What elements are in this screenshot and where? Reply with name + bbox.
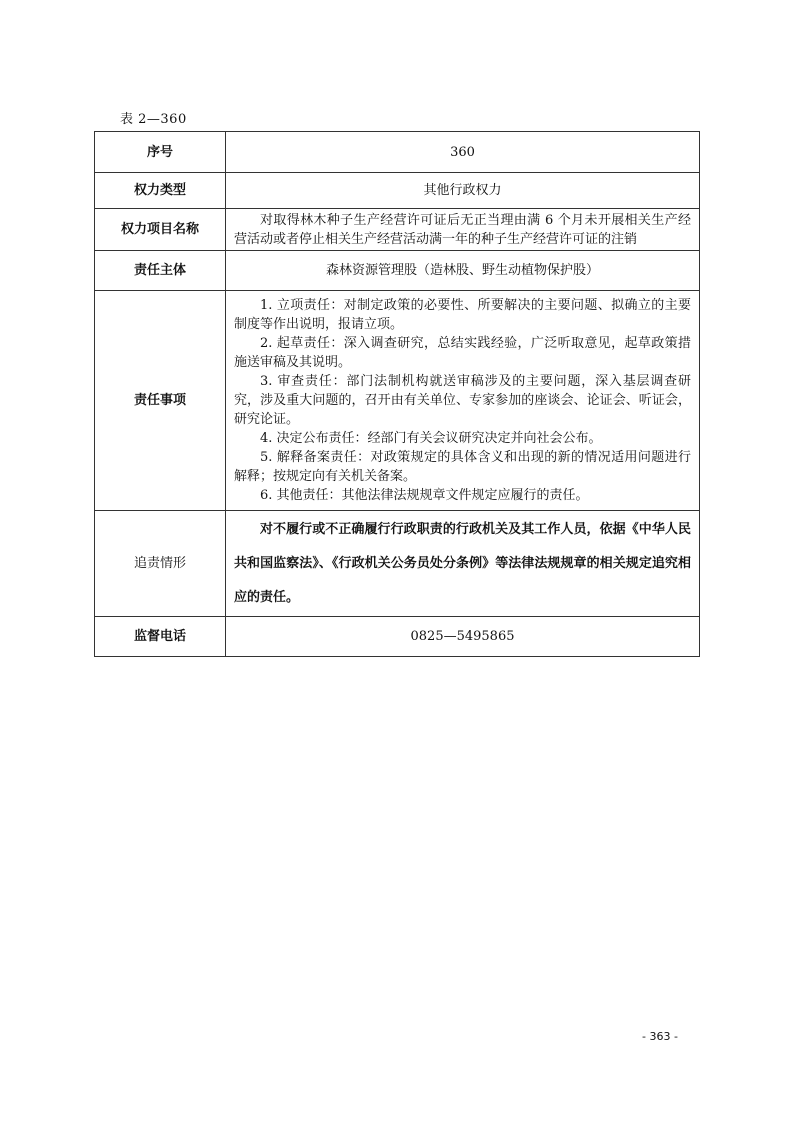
list-item: 4. 决定公布责任：经部门有关会议研究决定并向社会公布。 bbox=[234, 429, 691, 448]
power-item-name: 对取得林木种子生产经营许可证后无正当理由满 6 个月未开展相关生产经营活动或者停… bbox=[234, 211, 691, 249]
responsible-entity: 森林资源管理股（造林股、野生动植物保护股） bbox=[226, 251, 700, 291]
serial-number: 360 bbox=[226, 132, 700, 173]
row-label: 责任事项 bbox=[95, 291, 226, 511]
list-item: 6. 其他责任：其他法律法规规章文件规定应履行的责任。 bbox=[234, 486, 691, 505]
responsibility-items: 1. 立项责任：对制定政策的必要性、所要解决的主要问题、拟确立的主要制度等作出说… bbox=[226, 291, 700, 511]
row-label: 监督电话 bbox=[95, 617, 226, 657]
accountability-text: 对不履行或不正确履行行政职责的行政机关及其工作人员，依据《中华人民共和国监察法》… bbox=[234, 513, 691, 615]
page-number: - 363 - bbox=[642, 1030, 678, 1043]
row-label: 追责情形 bbox=[95, 511, 226, 617]
table-row: 监督电话 0825—5495865 bbox=[95, 617, 700, 657]
row-label: 权力类型 bbox=[95, 173, 226, 209]
table-row: 权力项目名称 对取得林木种子生产经营许可证后无正当理由满 6 个月未开展相关生产… bbox=[95, 209, 700, 251]
list-item: 3. 审查责任：部门法制机构就送审稿涉及的主要问题，深入基层调查研究，涉及重大问… bbox=[234, 372, 691, 429]
row-label: 序号 bbox=[95, 132, 226, 173]
table-row: 追责情形 对不履行或不正确履行行政职责的行政机关及其工作人员，依据《中华人民共和… bbox=[95, 511, 700, 617]
supervision-phone: 0825—5495865 bbox=[226, 617, 700, 657]
list-item: 1. 立项责任：对制定政策的必要性、所要解决的主要问题、拟确立的主要制度等作出说… bbox=[234, 296, 691, 334]
table-caption: 表 2—360 bbox=[120, 108, 187, 127]
power-type: 其他行政权力 bbox=[226, 173, 700, 209]
row-label: 权力项目名称 bbox=[95, 209, 226, 251]
table-row: 责任事项 1. 立项责任：对制定政策的必要性、所要解决的主要问题、拟确立的主要制… bbox=[95, 291, 700, 511]
table-row: 责任主体 森林资源管理股（造林股、野生动植物保护股） bbox=[95, 251, 700, 291]
table-row: 权力类型 其他行政权力 bbox=[95, 173, 700, 209]
row-label: 责任主体 bbox=[95, 251, 226, 291]
power-item-table: 序号 360 权力类型 其他行政权力 权力项目名称 对取得林木种子生产经营许可证… bbox=[94, 131, 700, 657]
table-row: 序号 360 bbox=[95, 132, 700, 173]
list-item: 2. 起草责任：深入调查研究，总结实践经验，广泛听取意见，起草政策措施送审稿及其… bbox=[234, 334, 691, 372]
list-item: 5. 解释备案责任：对政策规定的具体含义和出现的新的情况适用问题进行解释；按规定… bbox=[234, 448, 691, 486]
